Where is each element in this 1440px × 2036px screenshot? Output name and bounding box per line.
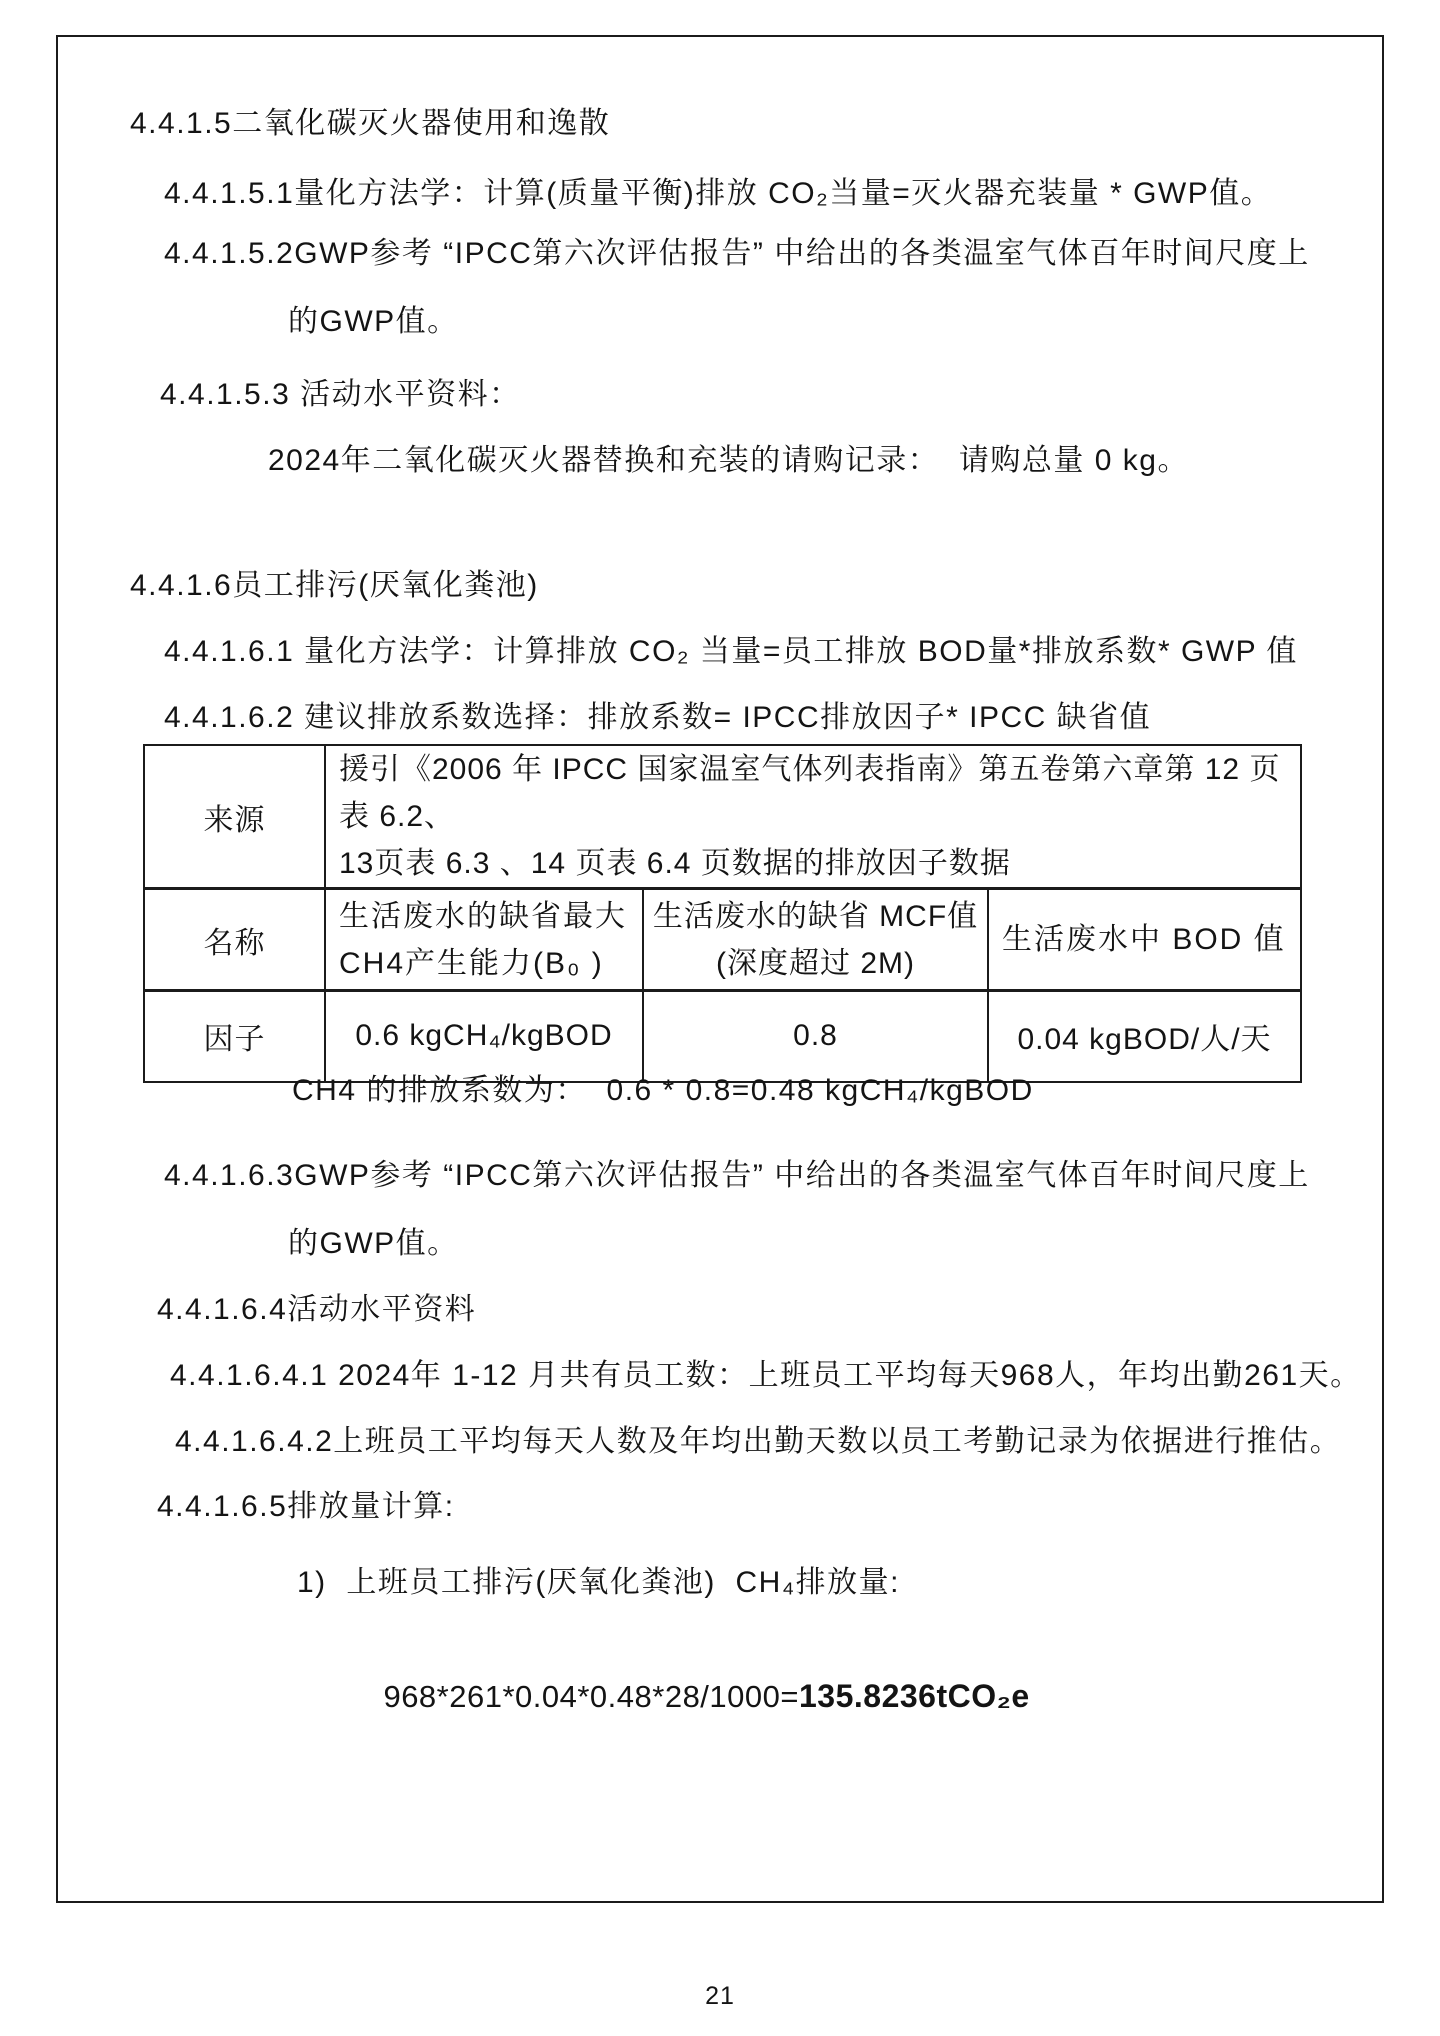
activity-data-2024-co2-extinguisher: 2024年二氧化碳灭火器替换和充装的请购记录： 请购总量 0 kg。	[268, 443, 1189, 479]
table-cell-mcf-name: 生活废水的缺省 MCF值 (深度超过 2M)	[643, 889, 988, 991]
table-row-names: 名称 生活废水的缺省最大 CH4产生能力(B₀ ) 生活废水的缺省 MCF值 (…	[144, 889, 1301, 991]
table-cell-b0-name: 生活废水的缺省最大 CH4产生能力(B₀ )	[325, 889, 643, 991]
formula-expression: 968*261*0.04*0.48*28/1000=	[383, 1679, 799, 1714]
section-4-4-1-5-heading: 4.4.1.5二氧化碳灭火器使用和逸散	[130, 106, 610, 142]
table-label-source: 来源	[144, 745, 325, 889]
list-item-ch4-emission: 1) 上班员工排污(厌氧化粪池) CH₄排放量:	[297, 1565, 900, 1601]
clause-4-4-1-6-3-continuation: 的GWP值。	[288, 1226, 459, 1262]
table-label-factor: 因子	[144, 991, 325, 1082]
table-cell-mcf-value: 0.8	[643, 991, 988, 1082]
page-number: 21	[0, 1982, 1440, 2011]
ch4-emission-factor-result: CH4 的排放系数为： 0.6 * 0.8=0.48 kgCH₄/kgBOD	[292, 1073, 1034, 1109]
table-cell-b0-value: 0.6 kgCH₄/kgBOD	[325, 991, 643, 1082]
emission-calculation-formula: 968*261*0.04*0.48*28/1000=135.8236tCO₂e	[347, 1642, 1030, 1751]
clause-4-4-1-6-1: 4.4.1.6.1 量化方法学：计算排放 CO₂ 当量=员工排放 BOD量*排放…	[164, 634, 1298, 670]
clause-4-4-1-6-4-2: 4.4.1.6.4.2上班员工平均每天人数及年均出勤天数以员工考勤记录为依据进行…	[175, 1424, 1341, 1460]
table-cell-source-reference: 援引《2006 年 IPCC 国家温室气体列表指南》第五卷第六章第 12 页表 …	[325, 745, 1301, 889]
clause-4-4-1-5-1: 4.4.1.5.1量化方法学：计算(质量平衡)排放 CO₂当量=灭火器充装量 *…	[164, 176, 1272, 212]
clause-4-4-1-6-3: 4.4.1.6.3GWP参考 “IPCC第六次评估报告” 中给出的各类温室气体百…	[164, 1158, 1310, 1194]
table-cell-bod-value: 0.04 kgBOD/人/天	[988, 991, 1301, 1082]
emission-factor-table: 来源 援引《2006 年 IPCC 国家温室气体列表指南》第五卷第六章第 12 …	[143, 744, 1302, 1083]
section-4-4-1-6-heading: 4.4.1.6员工排污(厌氧化粪池)	[130, 568, 539, 604]
document-page: 4.4.1.5二氧化碳灭火器使用和逸散 4.4.1.5.1量化方法学：计算(质量…	[0, 0, 1440, 2036]
clause-4-4-1-6-4-1: 4.4.1.6.4.1 2024年 1-12 月共有员工数：上班员工平均每天96…	[170, 1358, 1362, 1394]
clause-4-4-1-5-2-continuation: 的GWP值。	[288, 304, 459, 340]
clause-4-4-1-5-3: 4.4.1.5.3 活动水平资料：	[160, 377, 521, 413]
clause-4-4-1-6-4: 4.4.1.6.4活动水平资料	[157, 1292, 476, 1328]
formula-result: 135.8236tCO₂e	[799, 1678, 1030, 1714]
table-label-name: 名称	[144, 889, 325, 991]
table-row-source: 来源 援引《2006 年 IPCC 国家温室气体列表指南》第五卷第六章第 12 …	[144, 745, 1301, 889]
clause-4-4-1-6-5: 4.4.1.6.5排放量计算:	[157, 1489, 455, 1525]
clause-4-4-1-6-2: 4.4.1.6.2 建议排放系数选择：排放系数= IPCC排放因子* IPCC …	[164, 700, 1151, 736]
table-row-factors: 因子 0.6 kgCH₄/kgBOD 0.8 0.04 kgBOD/人/天	[144, 991, 1301, 1082]
table-cell-bod-name: 生活废水中 BOD 值	[988, 889, 1301, 991]
clause-4-4-1-5-2: 4.4.1.5.2GWP参考 “IPCC第六次评估报告” 中给出的各类温室气体百…	[164, 236, 1310, 272]
